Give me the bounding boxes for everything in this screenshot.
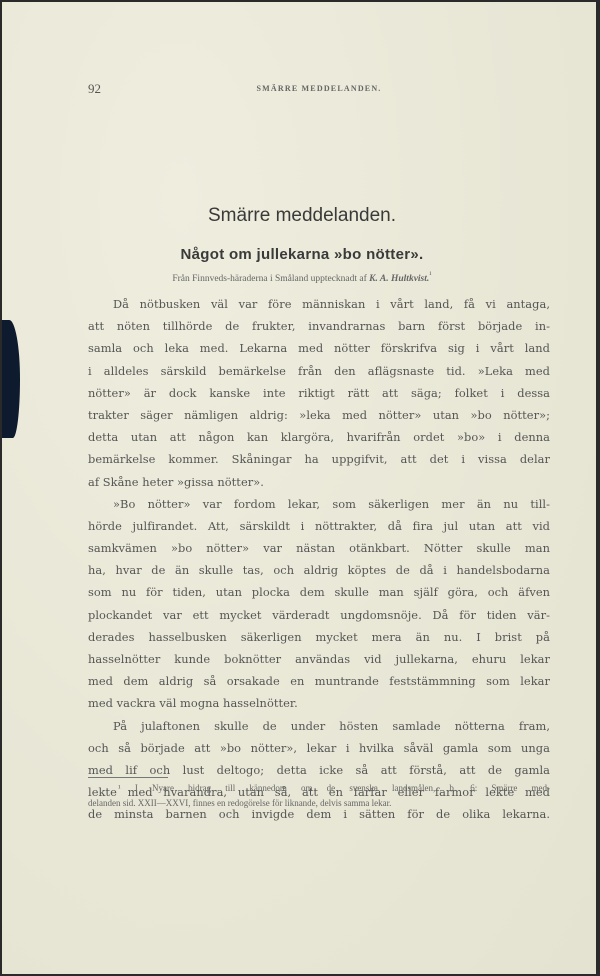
footnote: ¹ I Nyare bidrag till kännedom om de sve…	[88, 781, 550, 811]
body-line: ha, hvar de än skulle tas, och aldrig kö…	[88, 559, 550, 581]
body-line: samla och leka med. Lekarna med nötter f…	[88, 337, 550, 359]
section-title: Smärre meddelanden.	[2, 205, 600, 227]
body-line: med dem aldrig så orsakade en muntrande …	[88, 670, 550, 692]
body-line: På julaftonen skulle de under hösten sam…	[88, 715, 550, 737]
book-page: 92 SMÄRRE MEDDELANDEN. Smärre meddelande…	[2, 2, 596, 974]
body-line: att nöten tillhörde de frukter, invandra…	[88, 315, 550, 337]
article-title: Något om jullekarna »bo nötter».	[2, 246, 600, 263]
body-text: Då nötbusken väl var före människan i vå…	[88, 293, 550, 826]
binding-shadow	[2, 320, 20, 438]
body-line: hörde julfirandet. Att, särskildt i nött…	[88, 515, 550, 537]
running-title: SMÄRRE MEDDELANDEN.	[88, 84, 550, 93]
body-line: och så började att »bo nötter», lekar i …	[88, 737, 550, 759]
byline: Från Finnveds-häraderna i Småland upptec…	[2, 270, 600, 284]
footnote-line: delanden sid. XXII—XXVI, finnes en redog…	[88, 796, 550, 811]
body-line: »Bo nötter» var fordom lekar, som säkerl…	[88, 493, 550, 515]
body-line: af Skåne heter »gissa nötter».	[88, 471, 550, 493]
body-line: Då nötbusken väl var före människan i vå…	[88, 293, 550, 315]
body-line: i alldeles särskild bemärkelse från den …	[88, 360, 550, 382]
byline-prefix: Från Finnveds-häraderna i Småland upptec…	[172, 274, 366, 284]
footnote-mark: ¹	[429, 270, 431, 279]
body-line: trakter säger nämligen aldrig: »leka med…	[88, 404, 550, 426]
footnote-rule	[88, 777, 168, 778]
body-line: detta utan att någon kan klargöra, hvari…	[88, 426, 550, 448]
body-line: som nu för tiden, utan plocka dem skulle…	[88, 581, 550, 603]
byline-author: K. A. Hultkvist.	[369, 274, 429, 284]
running-head: 92 SMÄRRE MEDDELANDEN.	[88, 81, 550, 97]
footnote-line: ¹ I Nyare bidrag till kännedom om de sve…	[88, 781, 550, 796]
body-line: med vackra väl mogna hasselnötter.	[88, 692, 550, 714]
body-line: plockandet var ett mycket värderadt ungd…	[88, 604, 550, 626]
body-line: samkvämen »bo nötter» var nästan otänkba…	[88, 537, 550, 559]
body-line: nötter» är dock kanske inte riktigt rätt…	[88, 382, 550, 404]
body-line: bemärkelse kommer. Skåningar ha uppgifvi…	[88, 448, 550, 470]
body-line: hasselnötter kunde boknötter användas vi…	[88, 648, 550, 670]
body-line: derades hasselbusken säkerligen mycket m…	[88, 626, 550, 648]
